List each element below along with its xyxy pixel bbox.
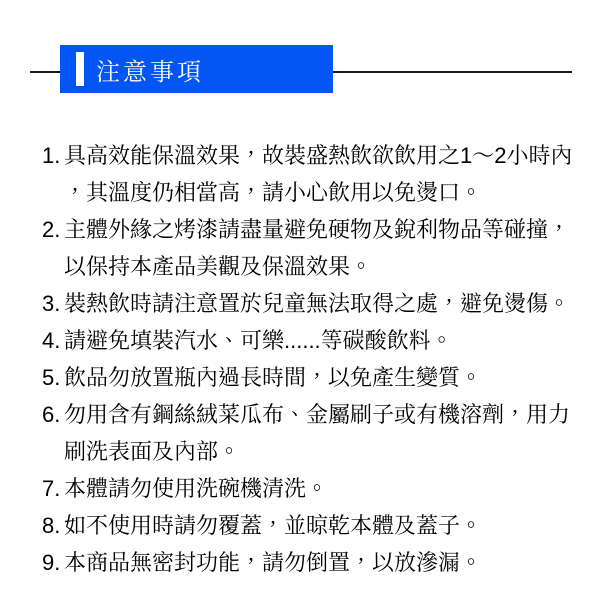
- title-banner: 注意事項: [60, 45, 333, 93]
- notice-item-text: 如不使用時請勿覆蓋，並晾乾本體及蓋子。: [64, 507, 577, 544]
- notice-item: 5. 飲品勿放置瓶內過長時間，以免產生變質。: [42, 359, 577, 396]
- notice-item-number: 1.: [42, 137, 64, 174]
- notice-item-text: 請避免填裝汽水、可樂......等碳酸飲料。: [64, 322, 577, 359]
- notice-item-text: 本商品無密封功能，請勿倒置，以放滲漏。: [64, 544, 577, 581]
- notice-page: { "page": { "background": "#ffffff", "te…: [0, 0, 600, 600]
- notice-item-number: 9.: [42, 544, 64, 581]
- notice-item-number: 2.: [42, 211, 64, 248]
- notice-item-text: 具高效能保溫效果，故裝盛熱飲欲飲用之1～2小時內 ，其溫度仍相當高，請小心飲用以…: [64, 137, 577, 211]
- notice-item-number: 3.: [42, 285, 64, 322]
- notice-item-number: 4.: [42, 322, 64, 359]
- notice-item-text: 本體請勿使用洗碗機清洗。: [64, 470, 577, 507]
- notice-item-text: 勿用含有鋼絲絨菜瓜布、金屬刷子或有機溶劑，用力 刷洗表面及內部。: [64, 396, 577, 470]
- notice-item-number: 7.: [42, 470, 64, 507]
- notice-item: 9. 本商品無密封功能，請勿倒置，以放滲漏。: [42, 544, 577, 581]
- notice-item: 1. 具高效能保溫效果，故裝盛熱飲欲飲用之1～2小時內 ，其溫度仍相當高，請小心…: [42, 137, 577, 211]
- notice-item-number: 8.: [42, 507, 64, 544]
- notice-item-text: 主體外緣之烤漆請盡量避免硬物及銳利物品等碰撞， 以保持本產品美觀及保溫效果。: [64, 211, 577, 285]
- notice-item-text: 飲品勿放置瓶內過長時間，以免產生變質。: [64, 359, 577, 396]
- notice-item: 8. 如不使用時請勿覆蓋，並晾乾本體及蓋子。: [42, 507, 577, 544]
- notice-item: 6. 勿用含有鋼絲絨菜瓜布、金屬刷子或有機溶劑，用力 刷洗表面及內部。: [42, 396, 577, 470]
- page-title: 注意事項: [96, 52, 204, 87]
- notice-item: 7. 本體請勿使用洗碗機清洗。: [42, 470, 577, 507]
- notice-item-text: 裝熱飲時請注意置於兒童無法取得之處，避免燙傷。: [64, 285, 577, 322]
- notice-item: 4. 請避免填裝汽水、可樂......等碳酸飲料。: [42, 322, 577, 359]
- notice-item: 3. 裝熱飲時請注意置於兒童無法取得之處，避免燙傷。: [42, 285, 577, 322]
- notice-item-number: 6.: [42, 396, 64, 433]
- title-accent-bar: [76, 52, 84, 86]
- notice-list: 1. 具高效能保溫效果，故裝盛熱飲欲飲用之1～2小時內 ，其溫度仍相當高，請小心…: [42, 137, 577, 581]
- notice-item: 2. 主體外緣之烤漆請盡量避免硬物及銳利物品等碰撞， 以保持本產品美觀及保溫效果…: [42, 211, 577, 285]
- notice-item-number: 5.: [42, 359, 64, 396]
